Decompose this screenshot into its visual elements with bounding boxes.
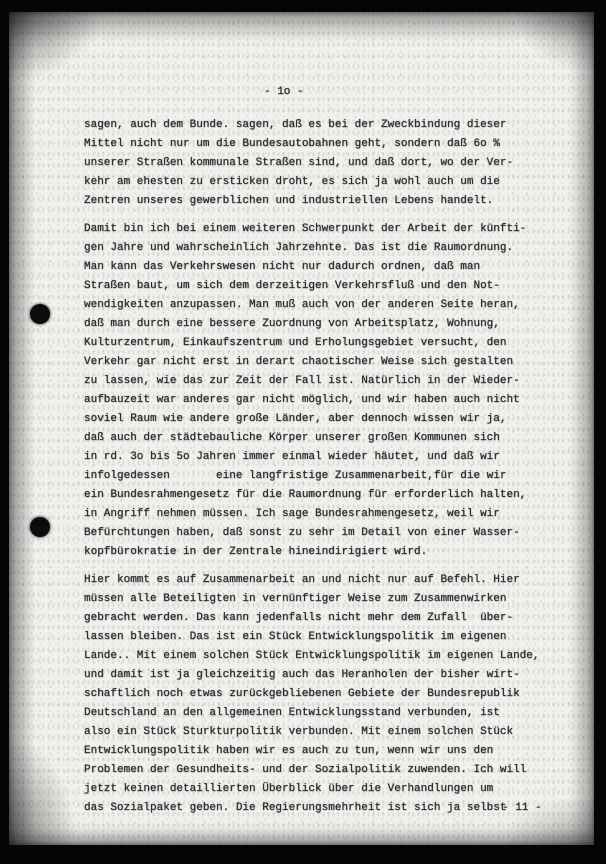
page-number-top: - 1o - [264, 85, 304, 99]
text-line: Entwicklungspolitik haben wir es auch zu… [84, 742, 564, 761]
text-line: Befürchtungen haben, daß sonst zu sehr i… [84, 524, 564, 543]
text-line: Kulturzentrum, Einkaufszentrum und Erhol… [84, 334, 564, 353]
text-line: Verkehr gar nicht erst in derart chaotis… [84, 353, 564, 372]
document-page: - 1o - sagen, auch dem Bunde. sagen, daß… [9, 12, 594, 845]
text-line: Damit bin ich bei einem weiteren Schwerp… [84, 220, 564, 239]
text-line: infolgedessen eine langfristige Zusammen… [84, 467, 564, 486]
text-line: Man kann das Verkehrswesen nicht nur dad… [84, 258, 564, 277]
text-line: Mittel nicht nur um die Bundesautobahnen… [84, 135, 564, 154]
paragraph: Damit bin ich bei einem weiteren Schwerp… [84, 220, 564, 562]
text-line: Deutschland an den allgemeinen Entwicklu… [84, 704, 564, 723]
text-line: Lande.. Mit einem solchen Stück Entwickl… [84, 647, 564, 666]
text-line: daß auch der städtebauliche Körper unser… [84, 429, 564, 448]
text-line: in rd. 3o bis 5o Jahren immer einmal wie… [84, 448, 564, 467]
text-line: kopfbürokratie in der Zentrale hineindir… [84, 543, 564, 562]
text-line: in Angriff nehmen müssen. Ich sage Bunde… [84, 505, 564, 524]
text-line: Hier kommt es auf Zusammenarbeit an und … [84, 571, 564, 590]
text-line: und damit ist ja gleichzeitig auch das H… [84, 666, 564, 685]
text-line: also ein Stück Sturkturpolitik verbunden… [84, 723, 564, 742]
paragraph: Hier kommt es auf Zusammenarbeit an und … [84, 571, 564, 818]
text-line: zu lassen, wie das zur Zeit der Fall ist… [84, 372, 564, 391]
text-line: unserer Straßen kommunale Straßen sind, … [84, 154, 564, 173]
text-body: sagen, auch dem Bunde. sagen, daß es bei… [84, 116, 564, 827]
text-line: jetzt keinen detaillierten Überblick übe… [84, 780, 564, 799]
text-line: schaftlich noch etwas zurückgebliebenen … [84, 685, 564, 704]
paragraph: sagen, auch dem Bunde. sagen, daß es bei… [84, 116, 564, 211]
text-line: das Sozialpaket geben. Die Regierungsmeh… [84, 799, 564, 818]
page-number-bottom: - 11 - [502, 801, 542, 815]
text-line: gen Jahre und wahrscheinlich Jahrzehnte.… [84, 239, 564, 258]
scan-black-border: - 1o - sagen, auch dem Bunde. sagen, daß… [0, 0, 606, 864]
text-line: aufbauzeit war anderes gar nicht möglich… [84, 391, 564, 410]
text-line: kehr am ehesten zu ersticken droht, es s… [84, 173, 564, 192]
text-line: gebracht werden. Das kann jedenfalls nic… [84, 609, 564, 628]
hole-punch-top [30, 304, 50, 324]
text-line: Straßen baut, um sich dem derzeitigen Ve… [84, 277, 564, 296]
text-line: ein Bundesrahmengesetz für die Raumordnu… [84, 486, 564, 505]
text-line: lassen bleiben. Das ist ein Stück Entwic… [84, 628, 564, 647]
text-line: wendigkeiten anzupassen. Man muß auch vo… [84, 296, 564, 315]
text-line: müssen alle Beteiligten in vernünftiger … [84, 590, 564, 609]
text-line: Zentren unseres gewerblichen und industr… [84, 192, 564, 211]
text-line: Problemen der Gesundheits- und der Sozia… [84, 761, 564, 780]
text-line: daß man durch eine bessere Zuordnung von… [84, 315, 564, 334]
text-line: sagen, auch dem Bunde. sagen, daß es bei… [84, 116, 564, 135]
hole-punch-bottom [30, 517, 50, 537]
text-line: soviel Raum wie andere große Länder, abe… [84, 410, 564, 429]
